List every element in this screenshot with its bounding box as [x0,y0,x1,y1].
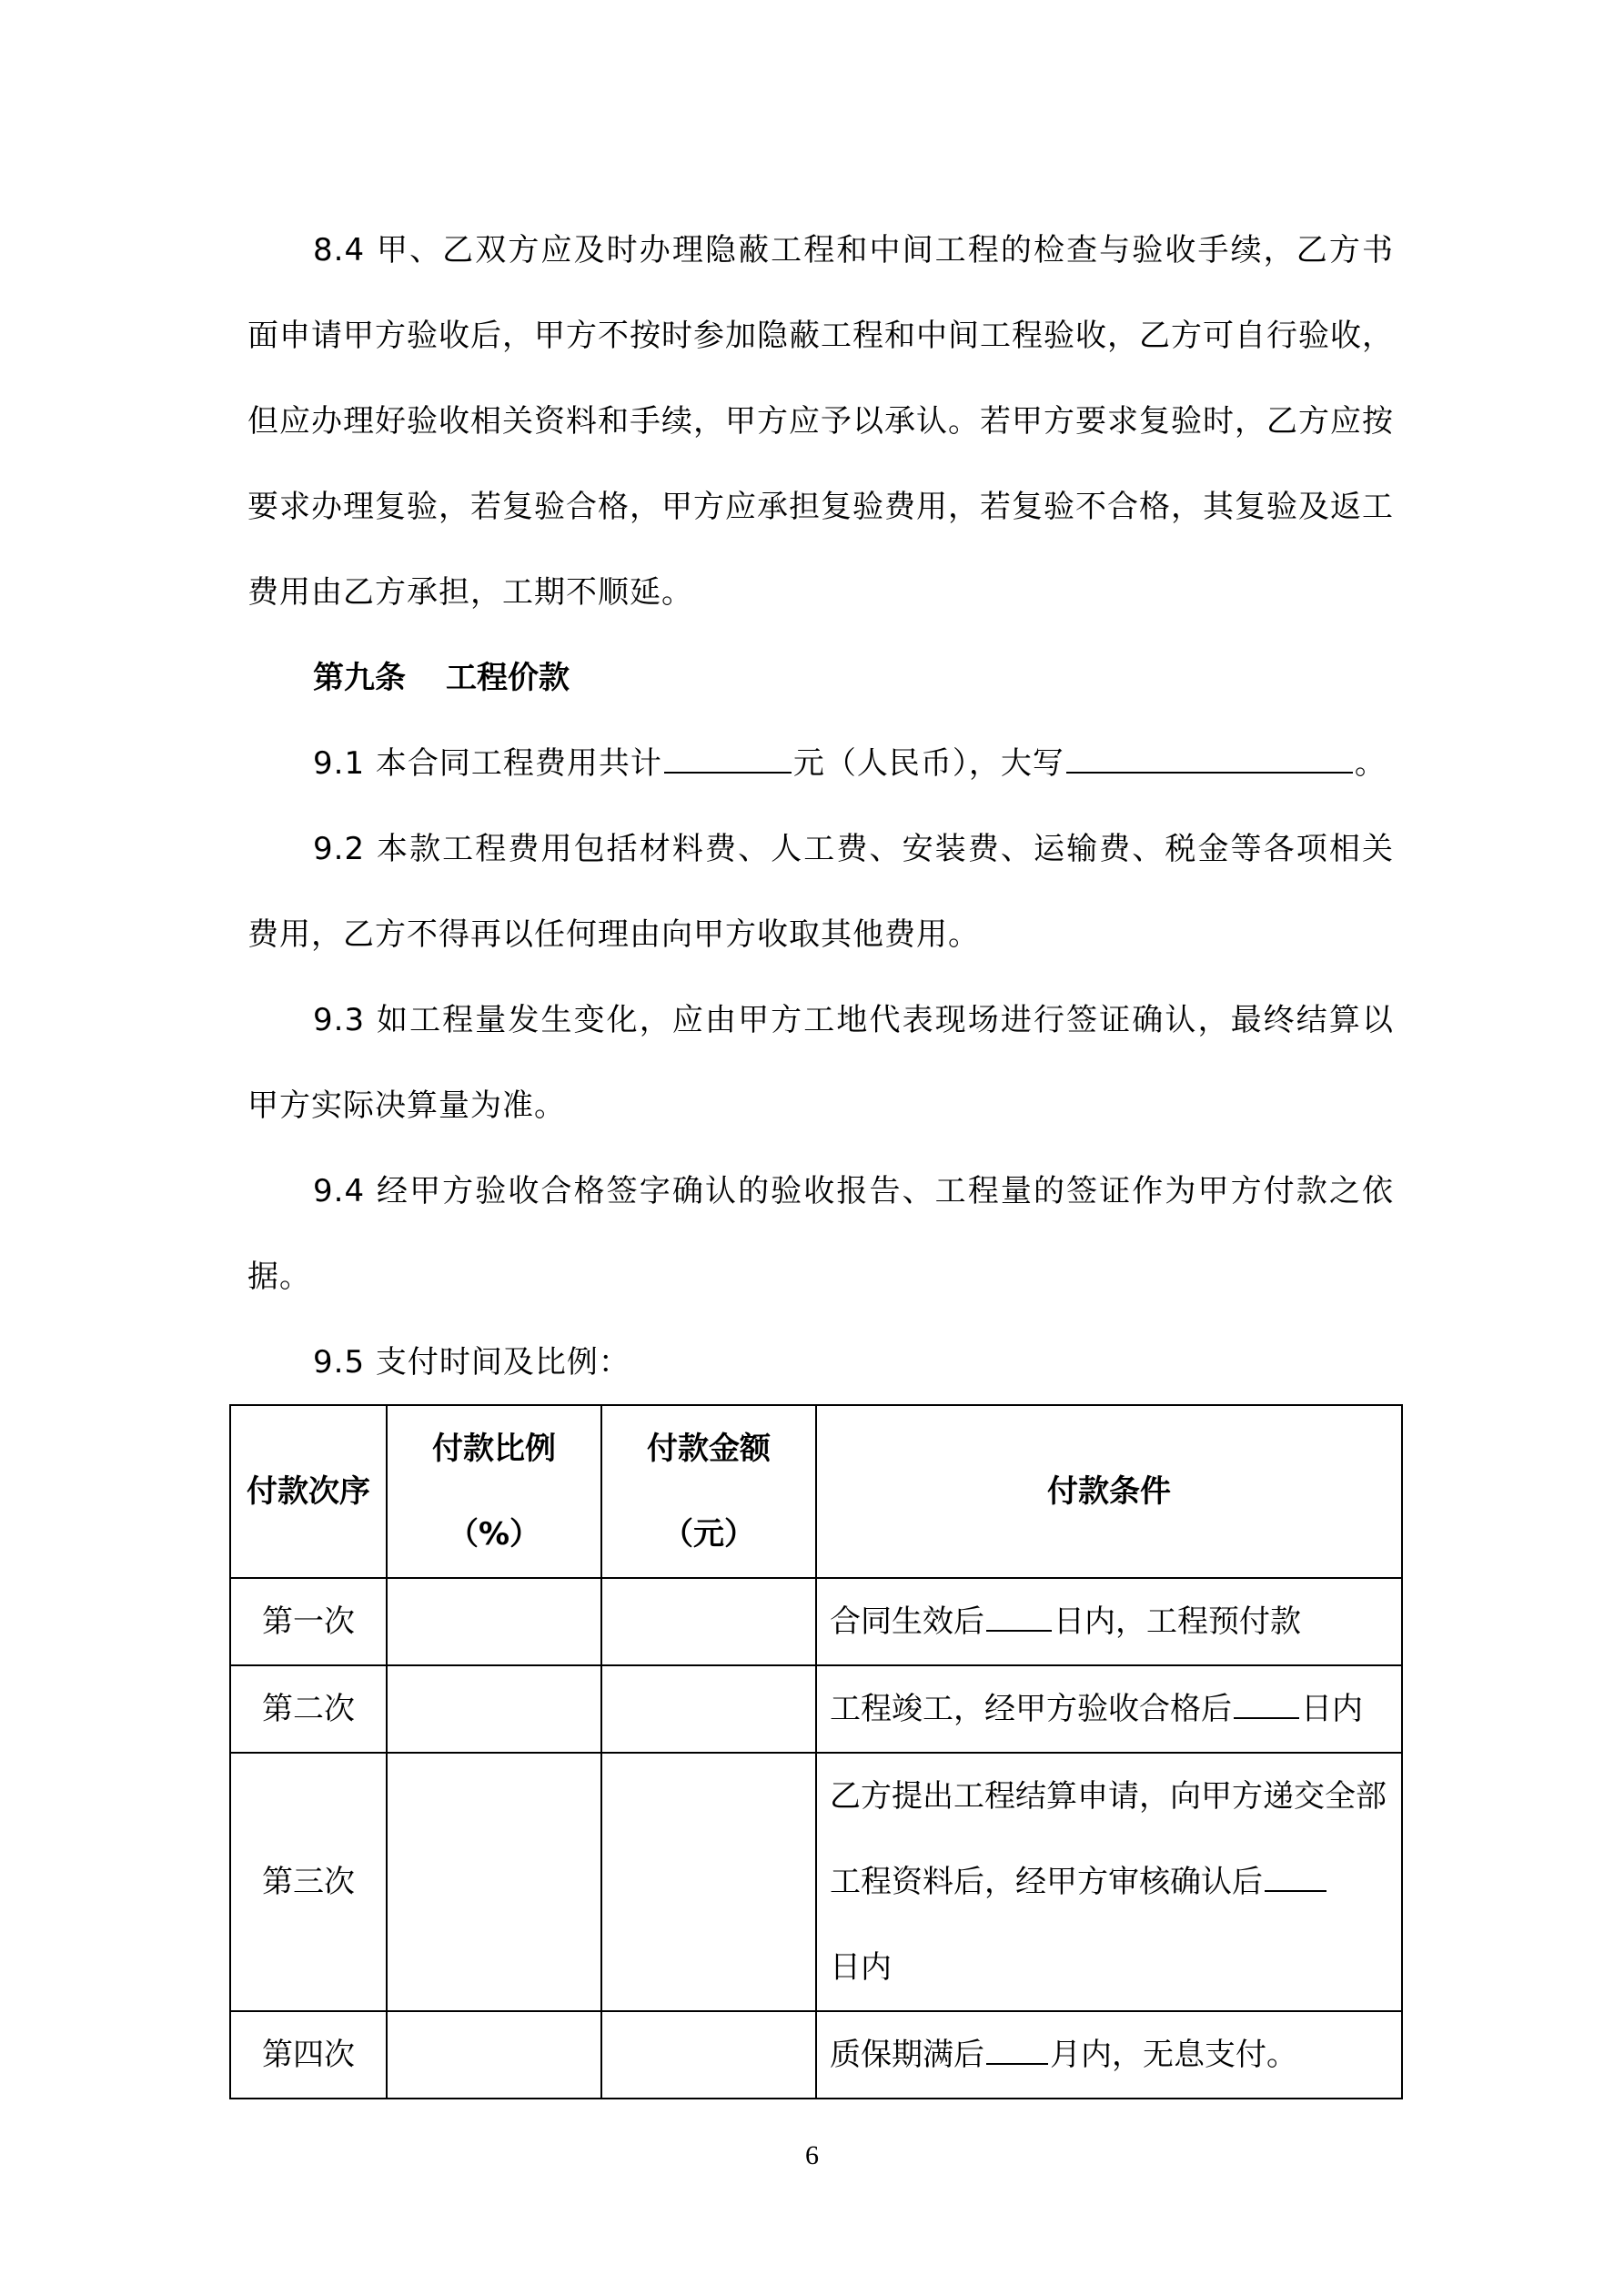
condition-text-post: 月内，无息支付。 [1050,2037,1297,2073]
clause-9-1: 9.1 本合同工程费用共计元（人民币），大写。 [247,721,1394,806]
header-amount: 付款金额（元） [601,1405,816,1578]
clause-9-1-middle: 元（人民币），大写 [793,745,1064,782]
clause-9-3: 9.3 如工程量发生变化，应由甲方工地代表现场进行签证确认，最终结算以甲方实际决… [247,977,1394,1148]
cell-amount[interactable] [601,1665,816,1753]
condition-text-post: 日内 [830,1949,892,1986]
clause-9-4: 9.4 经甲方验收合格签字确认的验收报告、工程量的签证作为甲方付款之依据。 [247,1148,1394,1320]
condition-text-post: 日内 [1301,1691,1363,1727]
clause-9-2: 9.2 本款工程费用包括材料费、人工费、安装费、运输费、税金等各项相关费用，乙方… [247,806,1394,977]
cell-condition: 质保期满后月内，无息支付。 [816,2011,1402,2099]
cell-ratio[interactable] [387,1665,601,1753]
days-blank-field[interactable] [1265,1863,1326,1892]
months-blank-field[interactable] [986,2036,1048,2065]
article-number: 第九条 [313,660,406,696]
clause-8-4: 8.4 甲、乙双方应及时办理隐蔽工程和中间工程的检查与验收手续，乙方书面申请甲方… [247,207,1394,635]
cell-sequence: 第三次 [230,1753,387,2011]
days-blank-field[interactable] [1234,1690,1299,1719]
clause-9-1-prefix: 9.1 本合同工程费用共计 [313,745,662,782]
table-row: 第三次 乙方提出工程结算申请，向甲方递交全部工程资料后，经甲方审核确认后日内 [230,1753,1402,2011]
header-ratio: 付款比例（%） [387,1405,601,1578]
table-row: 第二次 工程竣工，经甲方验收合格后日内 [230,1665,1402,1753]
table-row: 第四次 质保期满后月内，无息支付。 [230,2011,1402,2099]
cell-amount[interactable] [601,1578,816,1665]
article-9-heading: 第九条工程价款 [247,635,1394,721]
header-sequence: 付款次序 [230,1405,387,1578]
clause-9-1-suffix: 。 [1355,745,1387,782]
document-body: 8.4 甲、乙双方应及时办理隐蔽工程和中间工程的检查与验收手续，乙方书面申请甲方… [247,207,1394,1405]
condition-text-pre: 合同生效后 [830,1603,984,1640]
condition-text-pre: 工程竣工，经甲方验收合格后 [830,1691,1232,1727]
cell-condition: 工程竣工，经甲方验收合格后日内 [816,1665,1402,1753]
condition-text-post: 日内，工程预付款 [1054,1603,1301,1640]
cell-ratio[interactable] [387,2011,601,2099]
document-page: 8.4 甲、乙双方应及时办理隐蔽工程和中间工程的检查与验收手续，乙方书面申请甲方… [0,0,1624,2296]
days-blank-field[interactable] [986,1603,1052,1632]
cell-condition: 合同生效后日内，工程预付款 [816,1578,1402,1665]
header-condition: 付款条件 [816,1405,1402,1578]
article-title: 工程价款 [446,660,570,696]
payment-schedule-table: 付款次序 付款比例（%） 付款金额（元） 付款条件 第一次 合同生效后日内，工程… [229,1404,1403,2099]
table-header-row: 付款次序 付款比例（%） 付款金额（元） 付款条件 [230,1405,1402,1578]
cell-amount[interactable] [601,2011,816,2099]
clause-9-5: 9.5 支付时间及比例： [247,1320,1394,1405]
amount-in-words-blank-field[interactable] [1066,744,1353,774]
condition-text-pre: 质保期满后 [830,2037,984,2073]
cell-ratio[interactable] [387,1753,601,2011]
table-row: 第一次 合同生效后日内，工程预付款 [230,1578,1402,1665]
cell-amount[interactable] [601,1753,816,2011]
cell-sequence: 第一次 [230,1578,387,1665]
cell-condition: 乙方提出工程结算申请，向甲方递交全部工程资料后，经甲方审核确认后日内 [816,1753,1402,2011]
cell-sequence: 第四次 [230,2011,387,2099]
cell-sequence: 第二次 [230,1665,387,1753]
amount-blank-field[interactable] [664,744,792,774]
cell-ratio[interactable] [387,1578,601,1665]
page-number: 6 [0,2140,1624,2171]
